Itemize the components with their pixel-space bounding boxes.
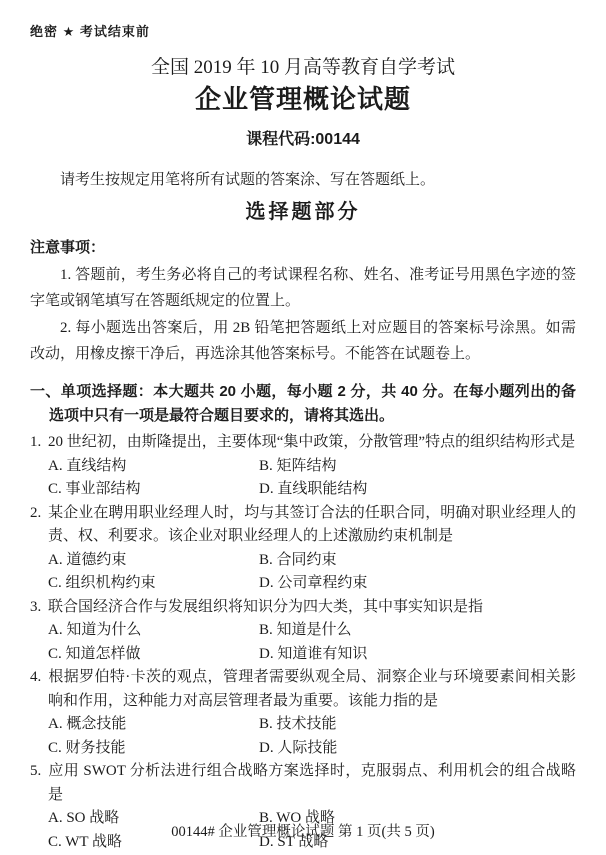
question-number: 3.: [30, 596, 48, 620]
option-a: A. 知道为什么: [48, 619, 259, 643]
question-text: 某企业在聘用职业经理人时，均与其签订合法的任职合同，明确对职业经理人的责、权、利…: [48, 505, 576, 545]
answer-sheet-instruction: 请考生按规定用笔将所有试题的答案涂、写在答题纸上。: [30, 172, 576, 188]
question-stem: 1.20 世纪初，由斯隆提出，主要体现“集中政策，分散管理”特点的组织结构形式是: [30, 431, 576, 455]
question-1: 1.20 世纪初，由斯隆提出，主要体现“集中政策，分散管理”特点的组织结构形式是…: [30, 431, 576, 502]
note-item-2: 2. 每小题选出答案后，用 2B 铅笔把答题纸上对应题目的答案标号涂黑。如需改动…: [30, 315, 576, 367]
option-c: C. 组织机构约束: [48, 572, 259, 596]
classification-banner: 绝密 ★ 考试结束前: [30, 24, 576, 40]
question-number: 1.: [30, 431, 48, 455]
note-item-1: 1. 答题前，考生务必将自己的考试课程名称、姓名、准考证号用黑色字迹的签字笔或钢…: [30, 262, 576, 314]
option-b: B. 矩阵结构: [259, 455, 576, 479]
question-list: 1.20 世纪初，由斯隆提出，主要体现“集中政策，分散管理”特点的组织结构形式是…: [30, 431, 576, 854]
option-a: A. 概念技能: [48, 713, 259, 737]
exam-paper-page: 绝密 ★ 考试结束前 全国 2019 年 10 月高等教育自学考试 企业管理概论…: [0, 0, 606, 855]
option-d: D. 公司章程约束: [259, 572, 576, 596]
option-c: C. 知道怎样做: [48, 643, 259, 667]
exam-session-title: 全国 2019 年 10 月高等教育自学考试: [30, 56, 576, 80]
option-d: D. 人际技能: [259, 737, 576, 761]
question-text: 联合国经济合作与发展组织将知识分为四大类，其中事实知识是指: [48, 599, 483, 615]
option-b: B. 技术技能: [259, 713, 576, 737]
question-stem: 2.某企业在聘用职业经理人时，均与其签订合法的任职合同，明确对职业经理人的责、权…: [30, 502, 576, 549]
option-c: C. 财务技能: [48, 737, 259, 761]
question-options: A. 知道为什么 B. 知道是什么 C. 知道怎样做 D. 知道谁有知识: [48, 619, 576, 666]
question-text: 根据罗伯特·卡茨的观点，管理者需要纵观全局、洞察企业与环境要素间相关影响和作用，…: [48, 669, 576, 709]
question-text: 应用 SWOT 分析法进行组合战略方案选择时，克服弱点、利用机会的组合战略是: [48, 763, 576, 803]
option-a: A. 道德约束: [48, 549, 259, 573]
option-a: A. 直线结构: [48, 455, 259, 479]
option-d: D. 知道谁有知识: [259, 643, 576, 667]
question-stem: 4.根据罗伯特·卡茨的观点，管理者需要纵观全局、洞察企业与环境要素间相关影响和作…: [30, 666, 576, 713]
part-one-heading: 一、单项选择题：本大题共 20 小题，每小题 2 分，共 40 分。在每小题列出…: [30, 380, 576, 428]
question-5: 5.应用 SWOT 分析法进行组合战略方案选择时，克服弱点、利用机会的组合战略是…: [30, 760, 576, 854]
question-2: 2.某企业在聘用职业经理人时，均与其签订合法的任职合同，明确对职业经理人的责、权…: [30, 502, 576, 596]
question-options: A. 道德约束 B. 合同约束 C. 组织机构约束 D. 公司章程约束: [48, 549, 576, 596]
notes-heading: 注意事项：: [30, 240, 576, 256]
question-number: 2.: [30, 502, 48, 526]
question-text: 20 世纪初，由斯隆提出，主要体现“集中政策，分散管理”特点的组织结构形式是: [48, 434, 575, 450]
question-options: A. 直线结构 B. 矩阵结构 C. 事业部结构 D. 直线职能结构: [48, 455, 576, 502]
section-title: 选择题部分: [30, 201, 576, 223]
course-code: 课程代码:00144: [30, 131, 576, 149]
question-number: 4.: [30, 666, 48, 690]
option-b: B. 合同约束: [259, 549, 576, 573]
question-options: A. 概念技能 B. 技术技能 C. 财务技能 D. 人际技能: [48, 713, 576, 760]
paper-title: 企业管理概论试题: [30, 84, 576, 114]
option-c: C. 事业部结构: [48, 478, 259, 502]
page-footer: 00144# 企业管理概论试题 第 1 页(共 5 页): [0, 824, 606, 840]
question-number: 5.: [30, 760, 48, 784]
question-stem: 3.联合国经济合作与发展组织将知识分为四大类，其中事实知识是指: [30, 596, 576, 620]
option-d: D. 直线职能结构: [259, 478, 576, 502]
question-stem: 5.应用 SWOT 分析法进行组合战略方案选择时，克服弱点、利用机会的组合战略是: [30, 760, 576, 807]
option-b: B. 知道是什么: [259, 619, 576, 643]
question-4: 4.根据罗伯特·卡茨的观点，管理者需要纵观全局、洞察企业与环境要素间相关影响和作…: [30, 666, 576, 760]
question-3: 3.联合国经济合作与发展组织将知识分为四大类，其中事实知识是指 A. 知道为什么…: [30, 596, 576, 667]
